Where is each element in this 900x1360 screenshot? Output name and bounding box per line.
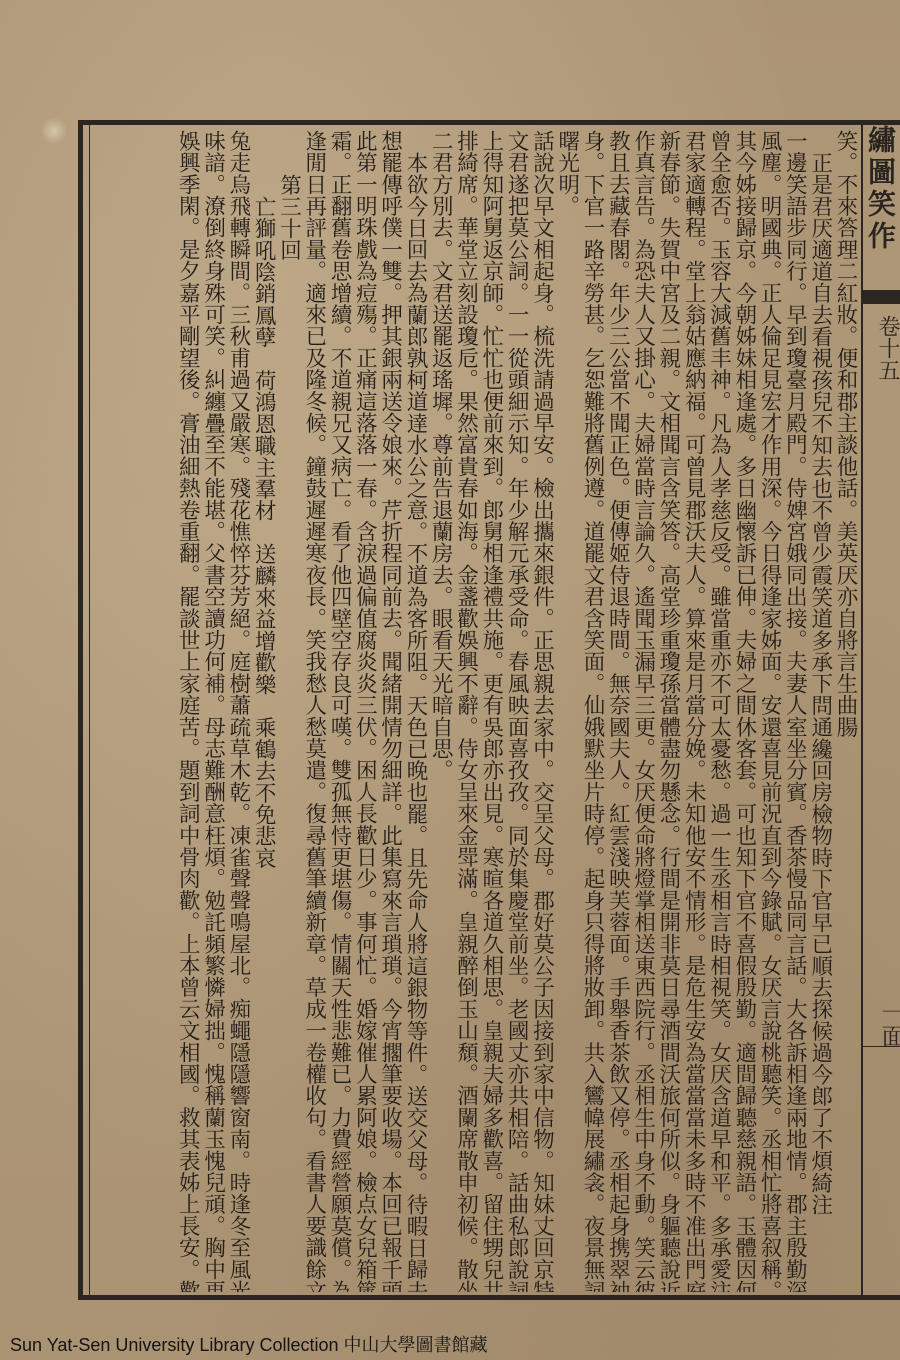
text-column: 兔走烏飛轉瞬間。三秋甫過又嚴寒。殘花憔悴芬芳絕。庭樹蕭疏草木乾。凍雀聲聲鳴屋北。… [226,130,251,1292]
text-column: 此第一明珠戲為痘殤。正痛這落落一春。含淚過偏值腐炎炎三伏。困人長歡日少。事何忙。… [352,130,377,1292]
text-column: 本欲今日回去為蘭郎孰柯道達水公之意。不道為客所阻。天色已晚也罷。且先命人將這銀物… [403,130,428,1292]
page-border-inner-rule [89,120,90,1300]
text-column: 二君方別去。文君送罷返瑤墀。尊前告退蘭房去。眼看天光暗自思。 [428,130,453,1292]
text-column: 笑。不來答理二紅妝。便和郡主談他話。美英厌亦自將言生曲腸 [833,130,858,1292]
page-number: 一面 [874,1000,900,1048]
book-title: 繡圖笑作 [866,125,900,253]
text-column: 其今姊接歸京。今朝姊妹相逢處。多日幽懷訴已伸。夫婦之間休客套。可也知下官不喜假殷… [732,130,757,1292]
text-column: 君家適轉程。堂上翁姑應納福。可曾見郡沃夫人。算來是月當分娩。未知他安不情形。是危… [681,130,706,1292]
text-column: 第三十回 [276,130,301,1292]
scanned-page: 繡圖笑作 卷十五 一面 笑。不來答理二紅妝。便和郡主談他話。美英厌亦自將言生曲腸… [0,0,900,1360]
text-column: 文君遂把莫公詞。一一從頭細示知。年少解元承受命。春風映面喜孜孜。同於集慶堂前坐。… [504,130,529,1292]
text-column: 想罷傳呼僕一雙。押其銀兩送令娘來。芹折程同前去。聞緒開情勿細詳。此集寫來言瑣瑣。… [377,130,402,1292]
text-column: 娛興季閑。是夕嘉平剛望後。膏油細熱卷重翻。罷談世上家庭苦。題到詞中骨肉歡。上本曾… [175,130,200,1292]
text-column: 教且去藏春閣。年少三公當不聞正色。便傳姬侍退時間。無奈國夫人。紅雲淺映芙蓉面。手… [605,130,630,1292]
text-column: 亡獅吼陰銷鳳孽 荷鴻恩職主羣材 送麟來益增歡樂 乘鶴去不免悲哀 [251,130,276,1292]
paper-blemish [42,116,66,146]
text-column: 排綺席。華堂立刻設瓊卮。果然富貴春如海。金盞歡娛興不辭。侍女呈來金斝滿。皇親醉倒… [453,130,478,1292]
fish-tail-mark [863,290,900,304]
text-column: 味諳。潦倒終身殊可笑。糾纏疊至不能堪。父書空讀功何補。母志難酬意枉煩。勉託頻繁憐… [200,130,225,1292]
text-column: 身。下官一路辛勞甚。乞恕難將舊例遵。道罷文君含笑面。仙娥默坐片時停。起身只得將妝… [580,130,605,1292]
text-column: 風塵。明國典。正人倫足見宏才作用深。今日得逢家姊面。安還喜見前況直到今錄賦。女厌… [757,130,782,1292]
vertical-text-body: 笑。不來答理二紅妝。便和郡主談他話。美英厌亦自將言生曲腸正是君厌適道自去看視孩兒… [92,130,858,1292]
text-column: 話說次早文相起身。梳洗請過早安。檢出攜來銀件。正思親去家中。交呈父母。郡好莫公子… [529,130,554,1292]
text-column: 正是君厌適道自去看視孩兒不知去也不曾少霞笑道多承下問通纔回房檢物時下官早已順去探… [807,130,832,1292]
text-column: 作真言告。為恐夫人又掛心。夫婦當時言論久。遙聞玉漏早三更。女厌便命將燈掌相送東西… [630,130,655,1292]
text-column: 曙光明。 [554,130,579,1292]
text-column: 曾全愈否。玉容大減舊丰神。凡為人孝慈反受。雖當重亦不可太憂愁。過一生丞相言時相視… [706,130,731,1292]
volume-label: 卷十五 [872,315,900,381]
text-column: 新春節。失賀中宮及二親。文相聞言含笑答。高堂珍重瓊孫當體盡勿懸念。行間是開非莫日… [656,130,681,1292]
text-column: 霜。正翻舊卷思增續。不道親兄又病亡。看了他四壁空存良可嘆。雙孤無恃更堪傷。情關天… [327,130,352,1292]
text-column: 逢閒日再評量。適來已及隆冬候。鐘鼓遲遲寒夜長。笑我愁人愁莫遣。復尋舊筆續新章。草… [301,130,326,1292]
collection-credit: Sun Yat-Sen University Library Collectio… [10,1331,487,1357]
text-column: 一邊笑語步同行。早到瓊臺月殿門。侍婢宮娥同出接。夫妻人室坐分賓。香茶慢品同言話。… [782,130,807,1292]
margin-divider [863,1046,900,1047]
text-column: 上得知阿舅返京師。忙忙也便前來到。郎舅相逢禮共施。更有吳郎亦出見。寒暄各道久相思… [479,130,504,1292]
